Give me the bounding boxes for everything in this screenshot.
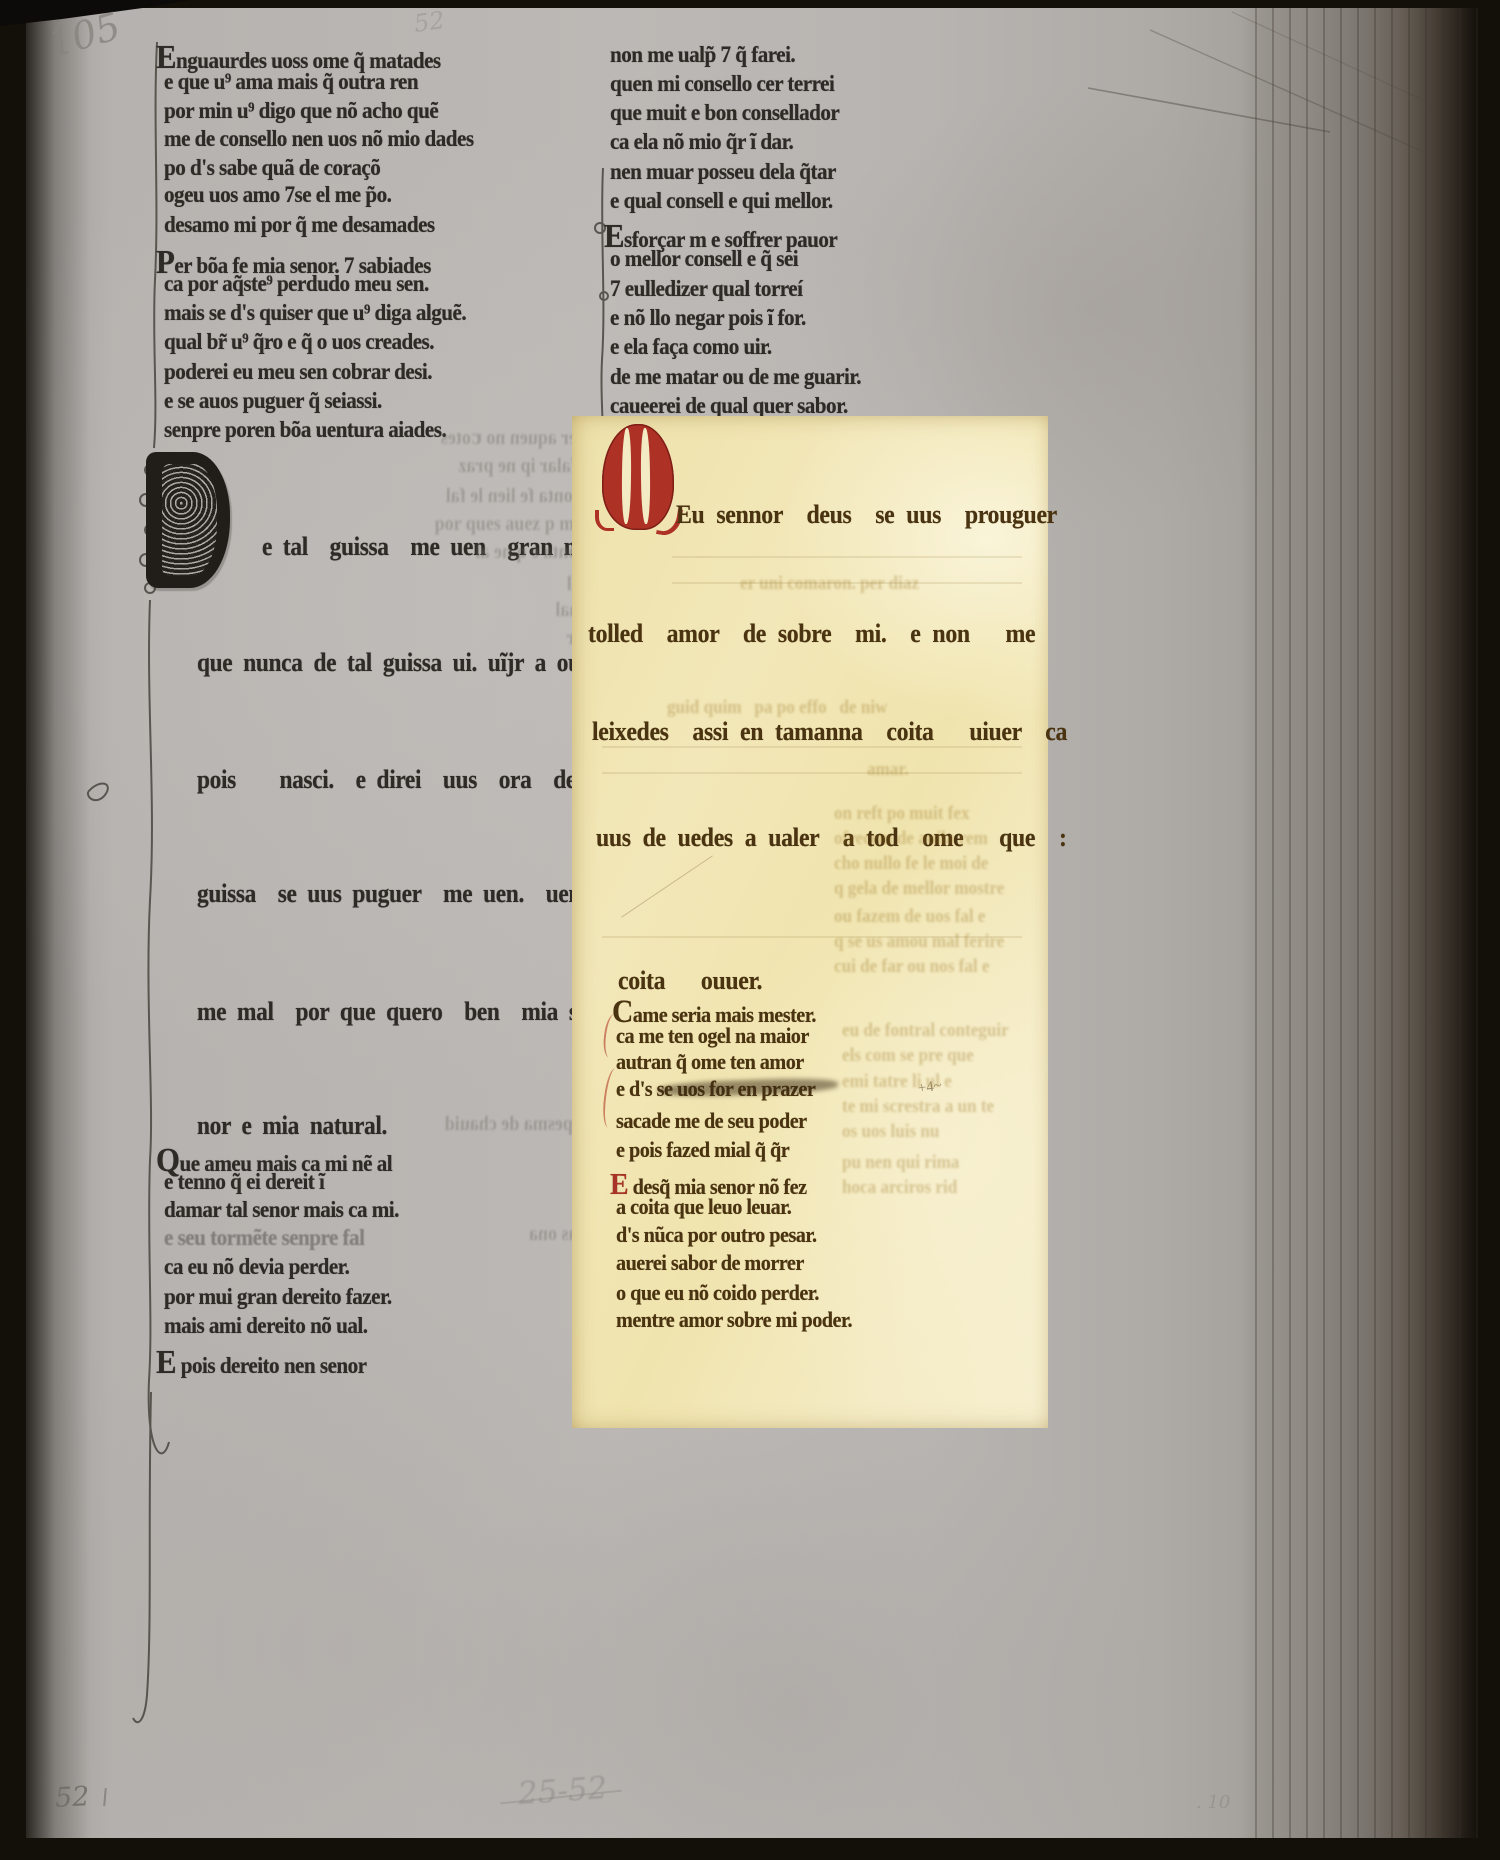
verse-line: e ela faça como uir. [610,336,772,360]
verse-line: E pois dereito nen senor [156,1345,367,1379]
showthrough-line: falar ip ne praz [459,456,577,476]
verse-line: por min u⁹ digo que nõ acho quẽ [164,100,438,124]
verse-line: mais ami dereito nõ ual. [164,1315,367,1339]
overlay-verse-line: mentre amor sobre mi poder. [616,1309,852,1332]
verse-line: poderei eu meu sen cobrar desi. [164,361,432,385]
showthrough-line: eu de fontral conteguir [842,1021,1009,1040]
showthrough-line: pu nen qui rima [842,1153,959,1172]
verse-line: de me matar ou de me guarir. [610,366,861,390]
binding-gutter-shadow [26,8,90,1838]
overlay-spaced-verse: tolled amor de sobre mi. e non me [588,620,1035,647]
overlay-spaced-verse: Eu sennor deus se uus prouguer [676,501,1057,528]
verse-line: nen muar posseu dela q̃tar [610,161,836,185]
verse-line: caueerei de qual quer sabor. [610,395,848,419]
initial-m-foot [595,510,614,531]
showthrough-line: els com se pre que [842,1046,974,1065]
book-fore-edge [1240,8,1478,1838]
verse-line: ogeu uos amo 7se el me p̃o. [164,184,391,208]
spaced-verse-line: nor e mia natural. [197,1113,387,1139]
overlay-verse-line: auerei sabor de morrer [616,1252,804,1275]
showthrough-line: cui de far ou nos fal e [834,957,989,976]
showthrough-line: q gela de mellor mostre [834,879,1004,898]
staff-shadow-line [602,772,1022,774]
showthrough-line: cho nullo fe le moi de [834,854,988,873]
showthrough-line: er uni comaron. per diaz [740,574,919,593]
bottom-right-mark: . 10 [1196,1794,1230,1812]
verse-line: ca eu nõ devia perder. [164,1256,349,1280]
staff-shadow-line [672,556,1022,558]
showthrough-line: ou fazem de uos fal e [834,907,986,926]
verse-line: por mui gran dereito fazer. [164,1286,392,1310]
overlay-verse-line: e pois fazed mial q̃ q̃r [616,1139,789,1162]
verse-line: e nõ llo negar pois ĩ for. [610,307,806,331]
manuscript-photo: { "photo": { "folio_number": "105", "top… [0,0,1500,1860]
overlay-spaced-verse: uus de uedes a ualer a tod ome que : [596,824,1067,851]
verse-line: damar tal senor mais ca mi. [164,1199,399,1223]
verse-line: e qual consell e qui mellor. [610,190,833,214]
verse-line: mais se d's quiser que u⁹ diga alguẽ. [164,302,466,326]
initial-m-counter [640,428,650,524]
rubric-initial-m [602,424,674,530]
showthrough-line: ofrecem de auila rem [834,829,988,848]
verse-line: quen mi consello cer terrei [610,73,834,97]
showthrough-line: emi tatre li ul e [842,1072,952,1091]
spaced-verse-line: guissa se uus puguer me uen. uen : [197,881,610,907]
overlay-verse-line: d's nũca por outro pesar. [616,1224,817,1247]
top-center-mark: 52 [412,8,446,36]
spaced-verse-line: que nunca de tal guissa ui. uĩjr a outro [197,650,609,676]
spaced-verse-line: pois nasci. e direi uus ora de qual [197,767,630,793]
overlay-verse-line: ca me ten ogel na maior [616,1025,809,1048]
spaced-verse-line: me mal por que quero ben mia sen [197,999,600,1025]
overlay-spaced-verse: leixedes assi en tamanna coita uiuer ca [592,718,1067,745]
overlay-verse-line: sacade me de seu poder [616,1110,807,1133]
verse-line: o mellor consell e q̃ sei [610,248,798,272]
verse-line: e que u⁹ ama mais q̃ outra ren [164,71,418,95]
initial-d-knotwork [162,464,217,576]
overlay-verse-line: o que eu nõ coido perder. [616,1282,819,1305]
initial-m-counter [621,428,631,524]
verse-line: po d's sabe quã de coraçõ [164,157,380,181]
illuminated-initial-d [146,452,230,588]
verse-line-faded: e seu tormẽte senpre fal [164,1227,364,1251]
showthrough-line: q se us amou mal ferire [834,932,1004,951]
verse-line: me de consello nen uos nõ mio dades [164,128,474,152]
showthrough-line: os uos luis nu [842,1122,939,1141]
showthrough-line: guid quim pa po effo de niw [667,698,887,717]
verse-line: qual br̃ u⁹ q̃ro e q̃ o uos creades. [164,331,434,355]
bottom-left-mark: 52 [54,1783,90,1812]
overlay-spaced-verse: coita ouuer. [618,967,762,994]
showthrough-line: on reft po muit fex [834,804,970,823]
overlay-verse-line: a coita que leuo leuar. [616,1196,791,1219]
verse-line: non me ualp̃ 7 q̃ farei. [610,44,795,68]
showthrough-line: hoca arciros rid [842,1178,957,1197]
verse-line: ca por aq̃ste⁹ perdudo meu sen. [164,273,429,297]
colour-inset-overlay: Eu sennor deus se uus prouguer tolled am… [572,416,1048,1428]
verse-line: 7 eulledizer qual torreí [610,278,802,302]
verse-line: e se auos puguer q̃ seiassi. [164,390,382,414]
verse-line: e tenno q̃ ei dereit ĩ [164,1171,324,1195]
staff-shadow-line [602,746,1022,748]
verse-line: que muit e bon consellador [610,102,839,126]
parchment-crease [621,855,713,917]
verse-line: senpre poren bõa uentura aiades. [164,419,446,443]
showthrough-line: te mi screstra a un te [842,1097,994,1116]
overlay-verse-line: autran q̃ ome ten amor [616,1051,804,1074]
showthrough-line: amar. [867,760,909,779]
verse-line: ca ela nõ mio q̃r ĩ dar. [610,131,793,155]
verse-line: desamo mi por q̃ me desamades [164,214,435,238]
